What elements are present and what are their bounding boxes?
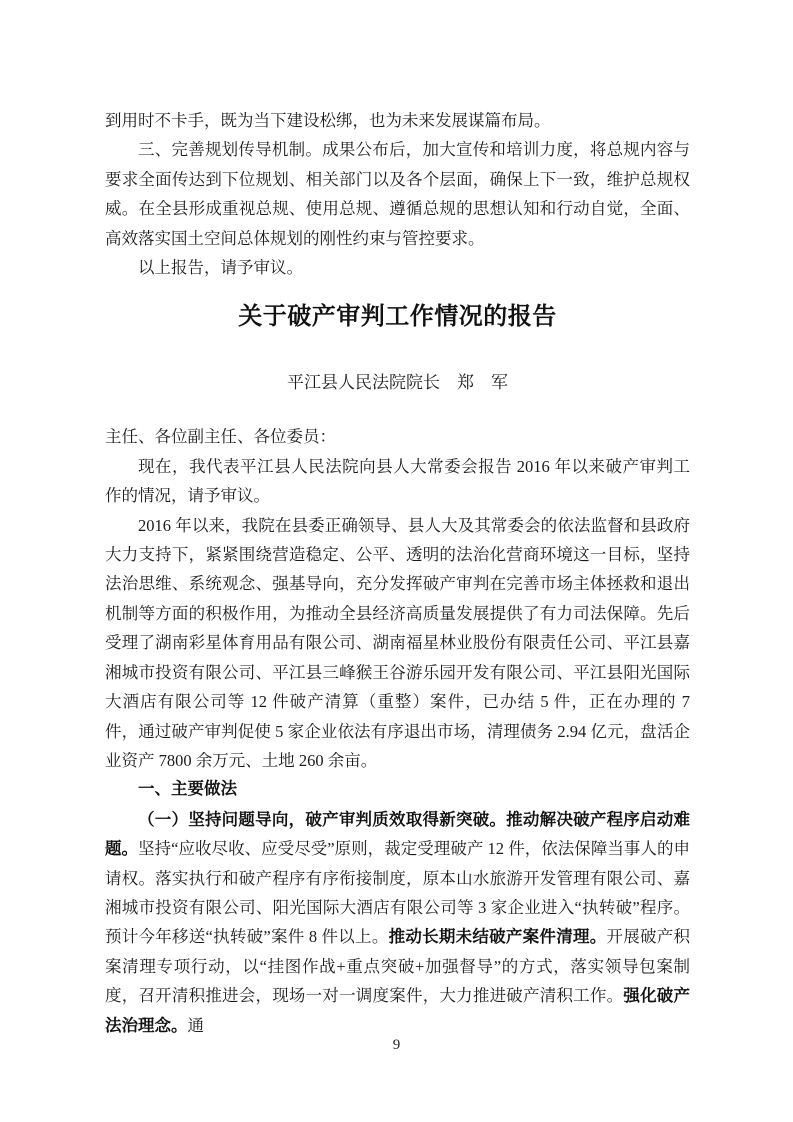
paragraph-measures: （一）坚持问题导向，破产审判质效取得新突破。推动解决破产程序启动难题。坚持“应收… (105, 805, 690, 1040)
paragraph-section3: 三、完善规划传导机制。成果公布后，加大宣传和培训力度，将总规内容与要求全面传达到… (105, 135, 690, 253)
measures-text-3: 通 (188, 1016, 205, 1035)
paragraph-continuation: 到用时不卡手，既为当下建设松绑，也为未来发展谋篇布局。 (105, 106, 690, 135)
report-salutation: 主任、各位副主任、各位委员： (105, 422, 690, 451)
paragraph-closing: 以上报告，请予审议。 (105, 253, 690, 282)
paragraph-intro: 现在，我代表平江县人民法院向县人大常委会报告 2016 年以来破产审判工作的情况… (105, 452, 690, 511)
report-byline: 平江县人民法院院长 郑 军 (105, 368, 690, 398)
section-heading-main: 一、主要做法 (105, 775, 690, 804)
page-number: 9 (0, 1034, 793, 1056)
report-title: 关于破产审判工作情况的报告 (105, 296, 690, 338)
document-page: 到用时不卡手，既为当下建设松绑，也为未来发展谋篇布局。 三、完善规划传导机制。成… (0, 0, 793, 1122)
page-content: 到用时不卡手，既为当下建设松绑，也为未来发展谋篇布局。 三、完善规划传导机制。成… (105, 106, 690, 1040)
paragraph-overview: 2016 年以来，我院在县委正确领导、县人大及其常委会的依法监督和县政府大力支持… (105, 511, 690, 776)
measures-bold-2: 推动长期未结破产案件清理。 (389, 927, 607, 946)
